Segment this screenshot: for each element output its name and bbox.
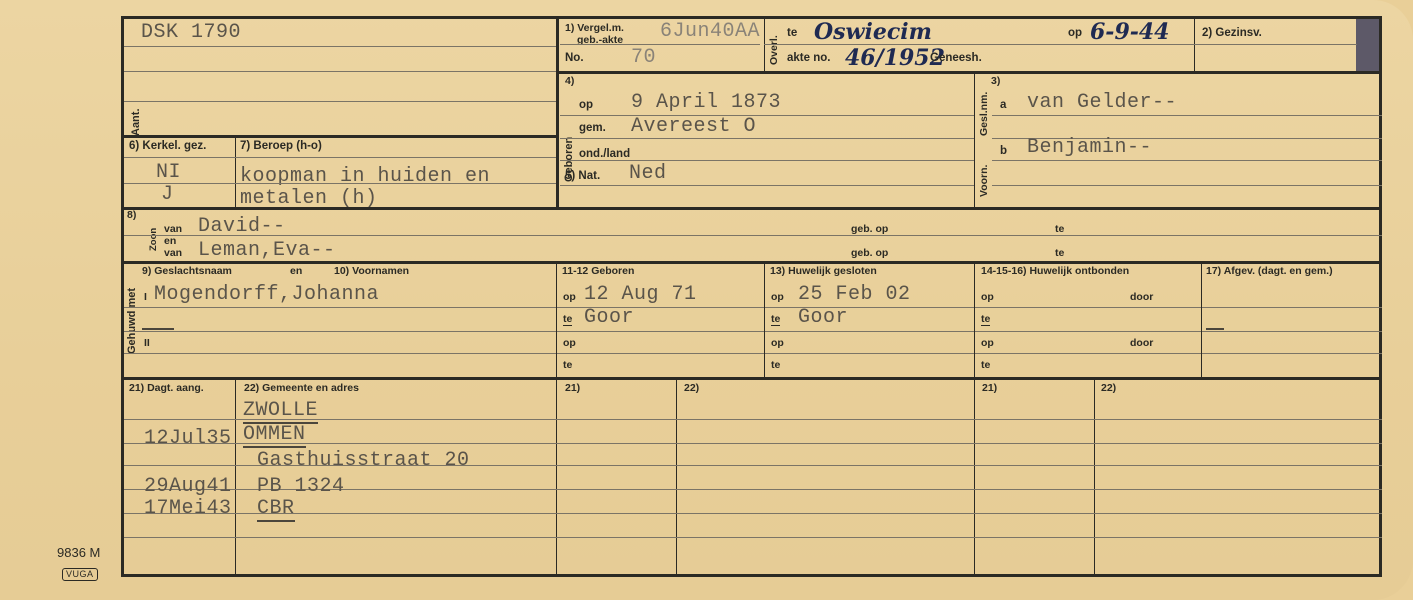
rule (560, 138, 974, 139)
divider (124, 261, 1382, 264)
spouse-geb-te-label: te (563, 313, 572, 326)
divider (235, 135, 236, 207)
geboren-section-label: 4) (565, 75, 574, 87)
naam-a-label: a (1000, 99, 1006, 111)
nationality-label: 5) Nat. (565, 170, 600, 182)
divider (556, 261, 557, 379)
spouse-separator (142, 328, 174, 330)
entry-date: 12Jul35 (144, 427, 232, 450)
kerkel-value-1: NI (156, 161, 181, 184)
ontbonden-op-label: op (981, 291, 994, 303)
overl-op-label: op (1068, 27, 1082, 39)
entry-date: 17Mei43 (144, 497, 232, 520)
mother-name: Leman,Eva-- (198, 239, 336, 262)
divider (556, 71, 1382, 74)
surname: van Gelder-- (1027, 91, 1177, 114)
rule (764, 44, 1194, 45)
gesloten2-te-label: te (771, 359, 780, 371)
dagt-header: 21) Dagt. aang. (129, 382, 204, 394)
naam-section-label: 3) (991, 75, 1000, 87)
divider (1201, 261, 1202, 379)
overl-side-label: Overl. (768, 35, 780, 65)
divider (974, 377, 975, 577)
ontbonden2-door-label: door (1130, 337, 1153, 349)
rule (992, 160, 1382, 161)
col-21b-label: 21) (982, 382, 997, 394)
rule (560, 115, 974, 116)
registration-card: DSK 1790 Aant. 1) Vergel.m. geb.-akte 6J… (121, 16, 1382, 577)
gesloten2-op-label: op (771, 337, 784, 349)
geboren-header: 11-12 Geboren (562, 265, 634, 277)
van-label-2: van (164, 247, 182, 259)
spouse-geb-op-label: op (563, 291, 576, 303)
ontbonden-header: 14-15-16) Huwelijk ontbonden (981, 265, 1129, 277)
mother-te-label: te (1055, 247, 1064, 259)
geboren-gem-label: gem. (579, 122, 606, 134)
rule (560, 160, 974, 161)
voornaam-side-label: Voorn. (978, 165, 990, 197)
col-21-label: 21) (565, 382, 580, 394)
mother-geb-op-label: geb. op (851, 247, 888, 259)
geslachtsnaam-header: 9) Geslachtsnaam (142, 265, 232, 277)
ond-land-label: ond./land (579, 148, 630, 160)
voornamen-header: 10) Voornamen (334, 265, 409, 277)
kerkel-label: 6) Kerkel. gez. (129, 140, 206, 152)
gesloten-op-label: op (771, 291, 784, 303)
rule (124, 307, 1382, 308)
vergel-label: 1) Vergel.m. (565, 22, 624, 34)
afgev-header: 17) Afgev. (dagt. en gem.) (1206, 265, 1333, 277)
roman-ii: II (144, 337, 150, 349)
printer-logo: VUGA (62, 568, 98, 581)
rule (560, 44, 760, 45)
divider (235, 377, 236, 577)
geslachtsnaam-side-label: Gesl.nm. (978, 92, 990, 136)
vergel-value: 6Jun40AA (660, 20, 760, 43)
gemeente-header: 22) Gemeente en adres (244, 382, 359, 394)
rule (992, 115, 1382, 116)
rule (124, 71, 556, 72)
gesloten-header: 13) Huwelijk gesloten (770, 265, 877, 277)
divider (556, 377, 557, 577)
form-number: 9836 M (57, 545, 100, 560)
naam-b-label: b (1000, 145, 1007, 157)
vergel-no-value: 70 (631, 46, 656, 69)
given-names: Benjamin-- (1027, 136, 1152, 159)
divider (764, 261, 765, 379)
entry-place: PB 1324 (257, 475, 345, 498)
en-header: en (290, 265, 302, 277)
spouse-birth-place: Goor (584, 306, 634, 329)
gehuwd-met-side-label: Gehuwd met (126, 288, 138, 354)
col-22-label: 22) (684, 382, 699, 394)
zoon-side-label: Zoon (148, 228, 159, 251)
birth-date: 9 April 1873 (631, 91, 781, 114)
divider (1094, 377, 1095, 577)
en-label: en (164, 235, 176, 247)
divider (676, 377, 677, 577)
divider (764, 19, 765, 71)
birth-place: Avereest O (631, 115, 756, 138)
rule (124, 46, 556, 47)
rule (124, 537, 1382, 538)
rule (124, 157, 556, 158)
beroep-line-1: koopman in huiden en (240, 165, 490, 188)
ontbonden2-te-label: te (981, 359, 990, 371)
roman-i: I (144, 291, 147, 303)
ontbonden2-op-label: op (981, 337, 994, 349)
nationality: Ned (629, 162, 667, 185)
afgev-separator (1206, 328, 1224, 330)
rule (124, 183, 556, 184)
rule (124, 443, 1382, 444)
overl-te-label: te (787, 27, 797, 39)
rule (992, 185, 1382, 186)
spouse-1-name: Mogendorff,Johanna (154, 283, 379, 306)
overl-place: Oswiecim (814, 19, 932, 45)
entry-place: OMMEN (243, 423, 306, 448)
rule (124, 331, 1382, 332)
divider (974, 71, 975, 207)
divider (1194, 19, 1195, 71)
spouse-birth-date: 12 Aug 71 (584, 283, 697, 306)
gezinsv-label: 2) Gezinsv. (1202, 27, 1262, 39)
ouders-section-label: 8) (127, 209, 136, 221)
rule (124, 513, 1382, 514)
entry-place: Gasthuisstraat 20 (257, 449, 470, 472)
divider (124, 207, 1382, 210)
father-te-label: te (1055, 223, 1064, 235)
rule (124, 101, 556, 102)
gesloten-te-label: te (771, 313, 780, 326)
overl-date: 6-9-44 (1090, 19, 1170, 45)
aant-label: Aant. (130, 109, 142, 137)
spouse2-geb-te-label: te (563, 359, 572, 371)
rule (124, 235, 1382, 236)
akte-label: akte no. (787, 52, 830, 64)
marriage-place: Goor (798, 306, 848, 329)
entry-place: CBR (257, 497, 295, 522)
divider (124, 135, 558, 138)
vergel-no-label: No. (565, 52, 584, 64)
entry-place: ZWOLLE (243, 399, 318, 424)
rule (124, 353, 1382, 354)
ontbonden-door-label: door (1130, 291, 1153, 303)
divider (124, 377, 1382, 380)
ontbonden-te-label: te (981, 313, 990, 326)
entry-date: 29Aug41 (144, 475, 232, 498)
beroep-label: 7) Beroep (h-o) (240, 140, 322, 152)
geboren-op-label: op (579, 99, 593, 111)
divider (556, 19, 559, 207)
van-label-1: van (164, 223, 182, 235)
spouse2-geb-op-label: op (563, 337, 576, 349)
marriage-date: 25 Feb 02 (798, 283, 911, 306)
card-id: DSK 1790 (141, 21, 241, 44)
col-22b-label: 22) (1101, 382, 1116, 394)
rule (1194, 44, 1357, 45)
father-geb-op-label: geb. op (851, 223, 888, 235)
divider (974, 261, 975, 379)
geneesh-label: Geneesh. (930, 52, 982, 64)
rule (560, 185, 974, 186)
kerkel-value-2: J (161, 183, 174, 206)
